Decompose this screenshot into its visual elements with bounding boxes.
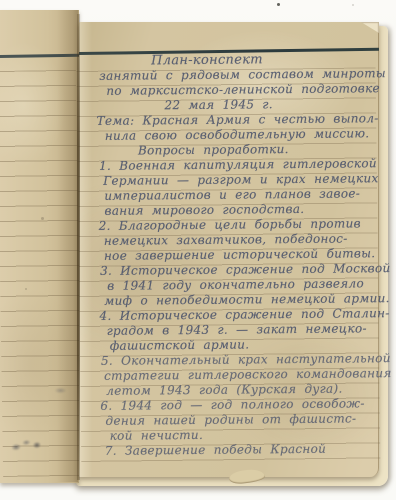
ink-smudge-faint bbox=[52, 386, 69, 395]
paper-speck bbox=[277, 3, 280, 6]
paper-speck bbox=[25, 288, 27, 290]
handwritten-line: по марксистско-ленинской подготовке bbox=[106, 81, 375, 99]
spine-crease bbox=[77, 14, 80, 480]
paper-speck bbox=[352, 4, 354, 6]
handwritten-line: 7. Завершение победы Красной bbox=[105, 441, 379, 459]
paper-speck bbox=[41, 217, 44, 220]
handwriting-block: План-конспект занятий с рядовым составом… bbox=[87, 51, 379, 459]
gutter-shadow bbox=[57, 10, 78, 482]
worn-corner bbox=[361, 22, 379, 33]
handwritten-line: империалистов и его планов завое- bbox=[104, 186, 376, 204]
notebook-scan: План-конспект занятий с рядовым составом… bbox=[0, 0, 396, 500]
notebook-right-page: План-конспект занятий с рядовым составом… bbox=[79, 22, 379, 477]
handwritten-line: нила свою освободительную миссию. bbox=[105, 126, 376, 144]
handwritten-line: градом в 1943 г. — закат немецко- bbox=[107, 321, 378, 339]
